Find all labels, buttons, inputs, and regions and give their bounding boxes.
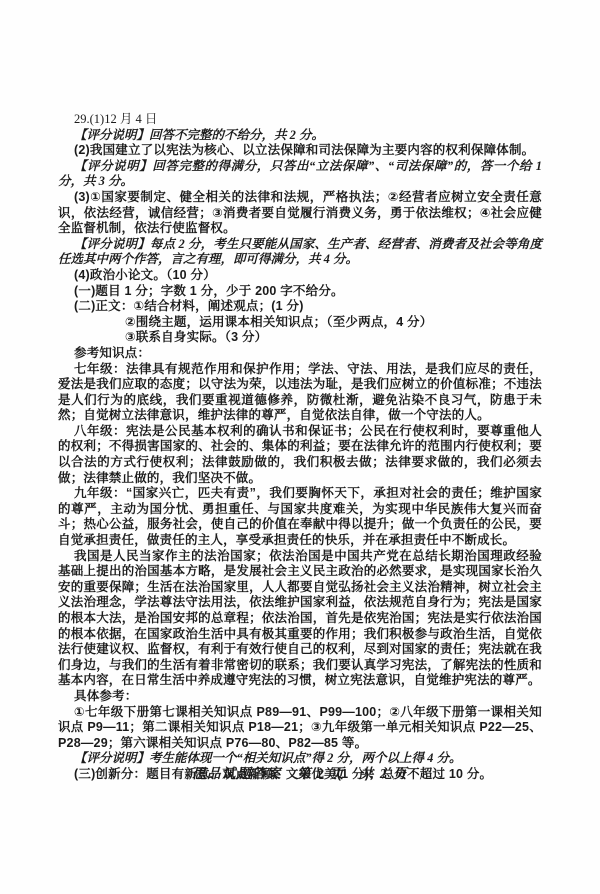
- page-footer: 思品试题答案 第 2 页 共 2 页: [0, 762, 600, 782]
- specific-reference-heading: 具体参考：: [58, 689, 542, 705]
- essay-rubric-body-item-2: ②围绕主题，运用课本相关知识点；（至少两点，4 分）: [58, 315, 542, 331]
- grade8-knowledge-points: 八年级：宪法是公民基本权利的确认书和保证书；公民在行使权利时，要尊重他人的权利；…: [58, 424, 542, 486]
- scoring-note-3: 【评分说明】每点 2 分，考生只要能从国家、生产者、经营者、消费者及社会等角度任…: [58, 237, 542, 268]
- scoring-note-1: 【评分说明】回答不完整的不给分，共 2 分。: [58, 128, 542, 144]
- answer-29-2: (2)我国建立了以宪法为核心、以立法保障和司法保障为主要内容的权利保障体制。: [58, 143, 542, 159]
- essay-rubric-body-item-1: (二)正文：①结合材料，阐述观点；(1 分): [58, 299, 542, 315]
- essay-rubric-title-score: (一)题目 1 分；字数 1 分，少于 200 字不给分。: [58, 284, 542, 300]
- answer-content: 29.(1)12 月 4 日 【评分说明】回答不完整的不给分，共 2 分。 (2…: [58, 112, 542, 783]
- grade7-knowledge-points: 七年级：法律具有规范作用和保护作用；学法、守法、用法，是我们应尽的责任，爱法是我…: [58, 362, 542, 424]
- footer-text: 思品试题答案 第 2 页 共 2 页: [192, 766, 408, 781]
- answer-29-3: (3)①国家要制定、健全相关的法律和法规，严格执法；②经营者应树立安全责任意识，…: [58, 190, 542, 237]
- scanned-answer-page: 29.(1)12 月 4 日 【评分说明】回答不完整的不给分，共 2 分。 (2…: [0, 0, 600, 894]
- textbook-page-references: ①七年级下册第七课相关知识点 P89—91、P99—100；②八年级下册第一课相…: [58, 705, 542, 752]
- reference-points-heading: 参考知识点：: [58, 346, 542, 362]
- grade9-knowledge-points: 九年级：“国家兴亡，匹夫有责”，我们要胸怀天下，承担对社会的责任；维护国家的尊严…: [58, 486, 542, 548]
- answer-29-4-title: (4)政治小论文。（10 分）: [58, 268, 542, 284]
- essay-rubric-body-item-3: ③联系自身实际。（3 分）: [58, 330, 542, 346]
- scoring-note-2: 【评分说明】回答完整的得满分，只答出“立法保障”、“司法保障”的，答一个给 1 …: [58, 159, 542, 190]
- rule-of-law-paragraph: 我国是人民当家作主的法治国家；依法治国是中国共产党在总结长期治国理政经验基础上提…: [58, 549, 542, 689]
- answer-29-1-date: 29.(1)12 月 4 日: [58, 112, 542, 128]
